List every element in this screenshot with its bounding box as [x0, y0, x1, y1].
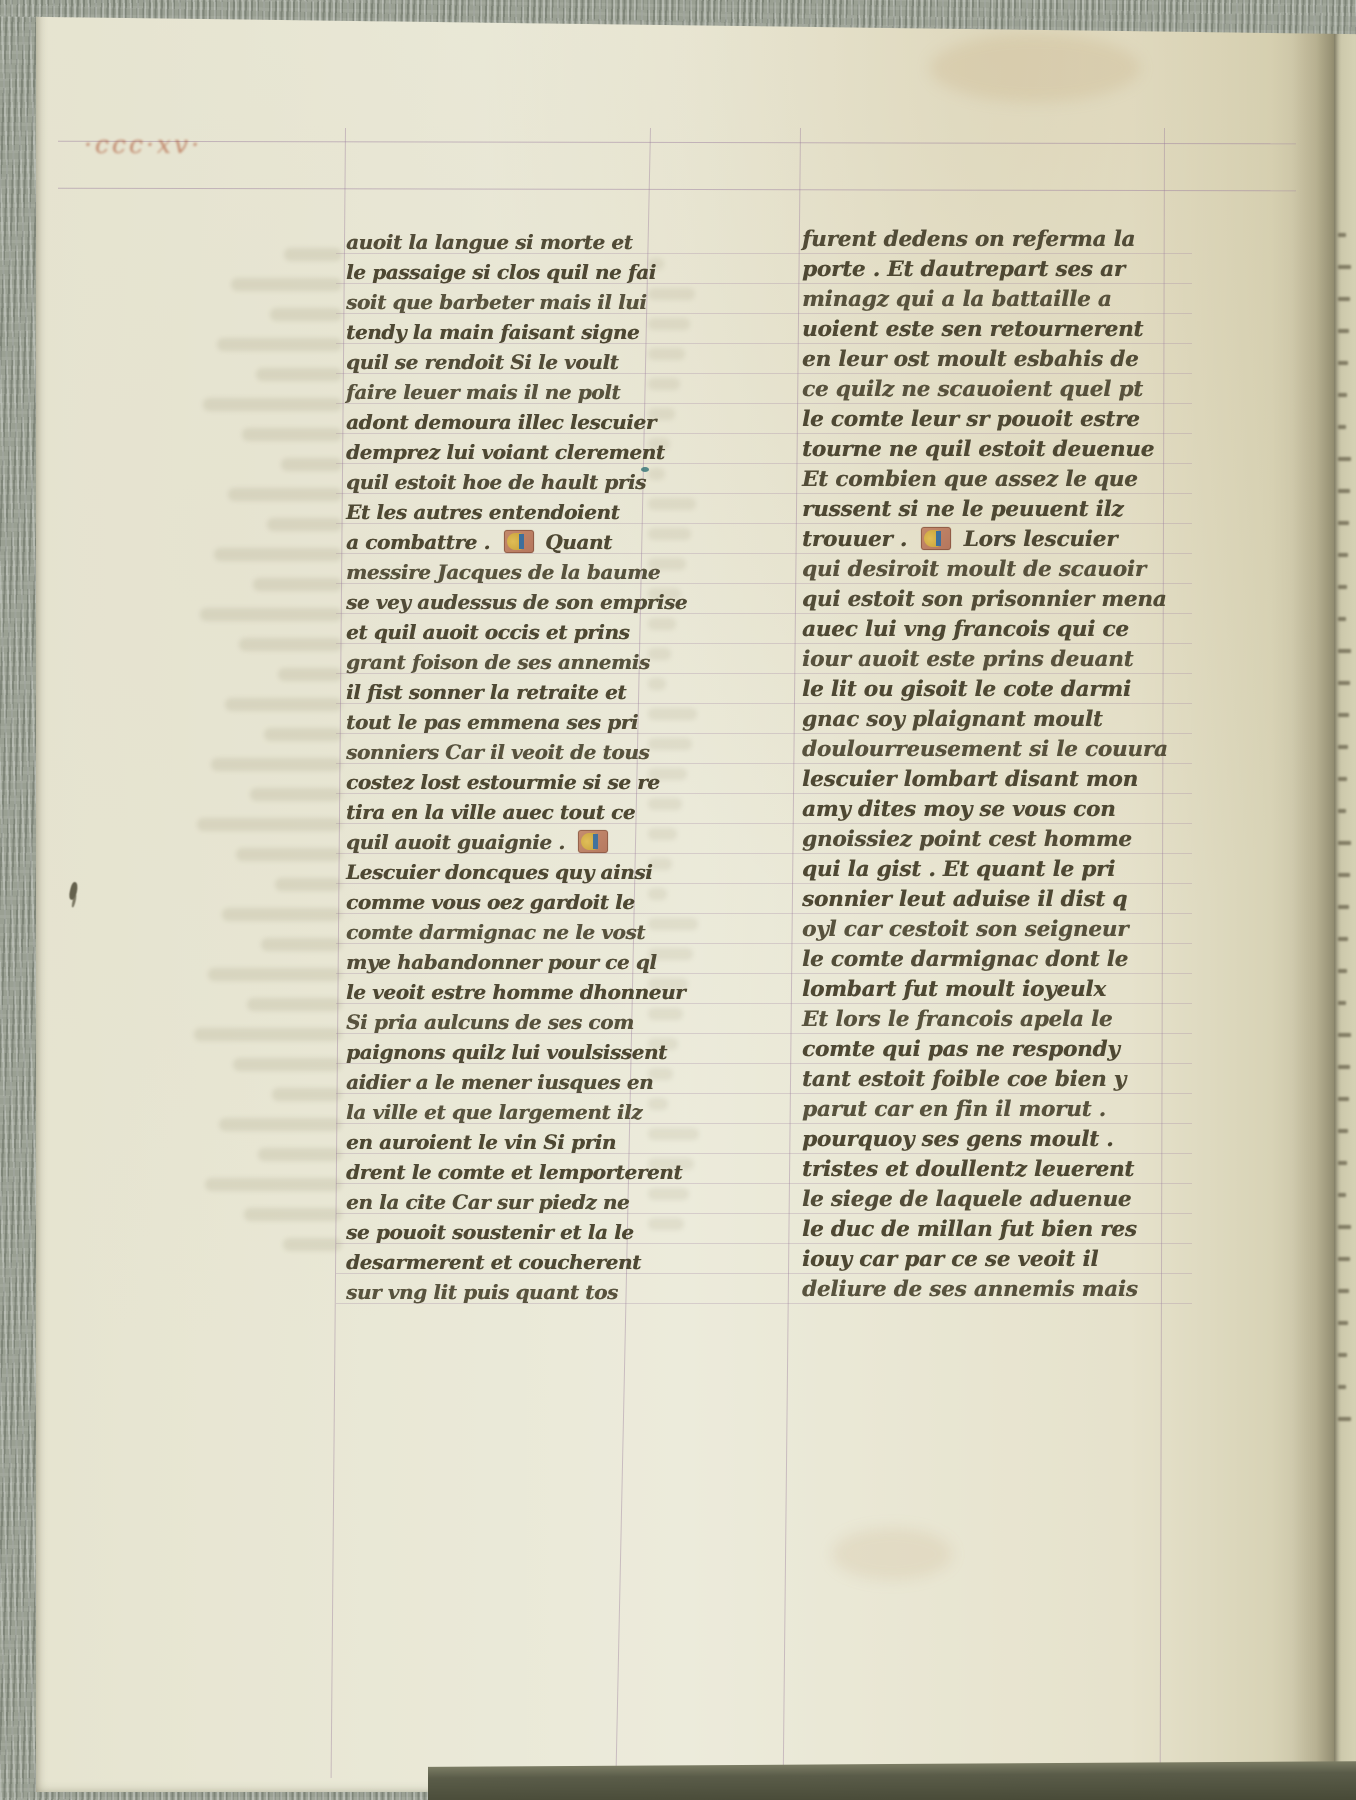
text-line: tout le pas emmena ses pri [346, 707, 646, 737]
text-line: Lescuier doncques quy ainsi [346, 857, 646, 887]
text-line: iouy car par ce se veoit il [802, 1245, 1172, 1275]
bottom-edge-shadow [428, 1761, 1356, 1800]
paraph-initial-icon [578, 830, 608, 853]
text-line: a combattre . Quant [346, 527, 646, 557]
next-folio-text-lines [1338, 233, 1352, 1449]
text-line: qui estoit son prisonnier mena [802, 585, 1172, 615]
text-line: la ville et que largement ilz [346, 1097, 646, 1127]
text-line: pourquoy ses gens moult . [802, 1125, 1172, 1155]
text-line: tourne ne quil estoit deuenue [802, 435, 1172, 465]
text-line: quil auoit guaignie . [346, 827, 646, 857]
foliation-mark: ·ccc·xv· [84, 130, 202, 159]
text-line: drent le comte et lemporterent [346, 1157, 646, 1187]
text-line: quil se rendoit Si le voult [346, 347, 646, 377]
text-line: furent dedens on referma la [802, 225, 1172, 255]
paraph-initial-icon [504, 530, 534, 553]
text-line: paignons quilz lui voulsissent [346, 1037, 646, 1067]
show-through-text-gutter [648, 258, 700, 1248]
text-line: doulourreusement si le couura [802, 735, 1172, 765]
text-line: tant estoit foible coe bien y [802, 1065, 1172, 1095]
text-line: le lit ou gisoit le cote darmi [802, 675, 1172, 705]
text-line: gnac soy plaignant moult [802, 705, 1172, 735]
text-line: demprez lui voiant clerement [346, 437, 646, 467]
text-line: en la cite Car sur piedz ne [346, 1187, 646, 1217]
text-line: grant foison de ses annemis [346, 647, 646, 677]
text-line: tira en la ville auec tout ce [346, 797, 646, 827]
text-line: tristes et doullentz leuerent [802, 1155, 1172, 1185]
text-line: russent si ne le peuuent ilz [802, 495, 1172, 525]
text-line: sonnier leut aduise il dist q [802, 885, 1172, 915]
text-line: quil estoit hoe de hault pris [346, 467, 646, 497]
text-line: oyl car cestoit son seigneur [802, 915, 1172, 945]
text-line: soit que barbeter mais il lui [346, 287, 646, 317]
text-line: desarmerent et coucherent [346, 1247, 646, 1277]
text-line: le duc de millan fut bien res [802, 1215, 1172, 1245]
text-line: faire leuer mais il ne polt [346, 377, 646, 407]
text-line: lombart fut moult ioyeulx [802, 975, 1172, 1005]
text-line: comte qui pas ne respondy [802, 1035, 1172, 1065]
text-line: en leur ost moult esbahis de [802, 345, 1172, 375]
text-line: Et combien que assez le que [802, 465, 1172, 495]
text-line: auec lui vng francois qui ce [802, 615, 1172, 645]
text-line: le comte darmignac dont le [802, 945, 1172, 975]
text-line: le veoit estre homme dhonneur [346, 977, 646, 1007]
manuscript-photo: ·ccc·xv· auoit la langue si morte etle p… [0, 0, 1356, 1800]
parchment-stain-top [930, 34, 1140, 102]
text-line: porte . Et dautrepart ses ar [802, 255, 1172, 285]
show-through-text-left-margin [192, 248, 342, 1268]
text-line: sonniers Car il veoit de tous [346, 737, 646, 767]
text-line: le siege de laquele aduenue [802, 1185, 1172, 1215]
text-line: en auroient le vin Si prin [346, 1127, 646, 1157]
text-line: parut car en fin il morut . [802, 1095, 1172, 1125]
text-line: lescuier lombart disant mon [802, 765, 1172, 795]
text-line: et quil auoit occis et prins [346, 617, 646, 647]
text-line: Si pria aulcuns de ses com [346, 1007, 646, 1037]
text-line: tendy la main faisant signe [346, 317, 646, 347]
text-line: le comte leur sr pouoit estre [802, 405, 1172, 435]
text-line: auoit la langue si morte et [346, 227, 646, 257]
text-line: mye habandonner pour ce ql [346, 947, 646, 977]
text-line: minagz qui a la battaille a [802, 285, 1172, 315]
text-line: adont demoura illec lescuier [346, 407, 646, 437]
text-line: comme vous oez gardoit le [346, 887, 646, 917]
text-line: gnoissiez point cest homme [802, 825, 1172, 855]
text-line: ce quilz ne scauoient quel pt [802, 375, 1172, 405]
text-line: qui la gist . Et quant le pri [802, 855, 1172, 885]
text-line: Et lors le francois apela le [802, 1005, 1172, 1035]
text-line: se pouoit soustenir et la le [346, 1217, 646, 1247]
text-line: se vey audessus de son emprise [346, 587, 646, 617]
text-line: messire Jacques de la baume [346, 557, 646, 587]
text-line: costez lost estourmie si se re [346, 767, 646, 797]
page-fore-edge-shading [1292, 6, 1336, 1792]
parchment-stain-bottom [832, 1528, 952, 1580]
text-line: amy dites moy se vous con [802, 795, 1172, 825]
text-column-1: auoit la langue si morte etle passaige s… [346, 227, 646, 1307]
next-folio-edge [1334, 28, 1356, 1770]
text-line: uoient este sen retournerent [802, 315, 1172, 345]
text-line: le passaige si clos quil ne fai [346, 257, 646, 287]
text-line: Et les autres entendoient [346, 497, 646, 527]
text-line: aidier a le mener iusques en [346, 1067, 646, 1097]
text-line: il fist sonner la retraite et [346, 677, 646, 707]
text-line: trouuer . Lors lescuier [802, 525, 1172, 555]
text-line: deliure de ses annemis mais [802, 1275, 1172, 1305]
text-line: qui desiroit moult de scauoir [802, 555, 1172, 585]
text-column-2: furent dedens on referma laporte . Et da… [802, 225, 1172, 1305]
paraph-initial-icon [921, 527, 951, 550]
text-line: sur vng lit puis quant tos [346, 1277, 646, 1307]
text-line: comte darmignac ne le vost [346, 917, 646, 947]
text-line: iour auoit este prins deuant [802, 645, 1172, 675]
